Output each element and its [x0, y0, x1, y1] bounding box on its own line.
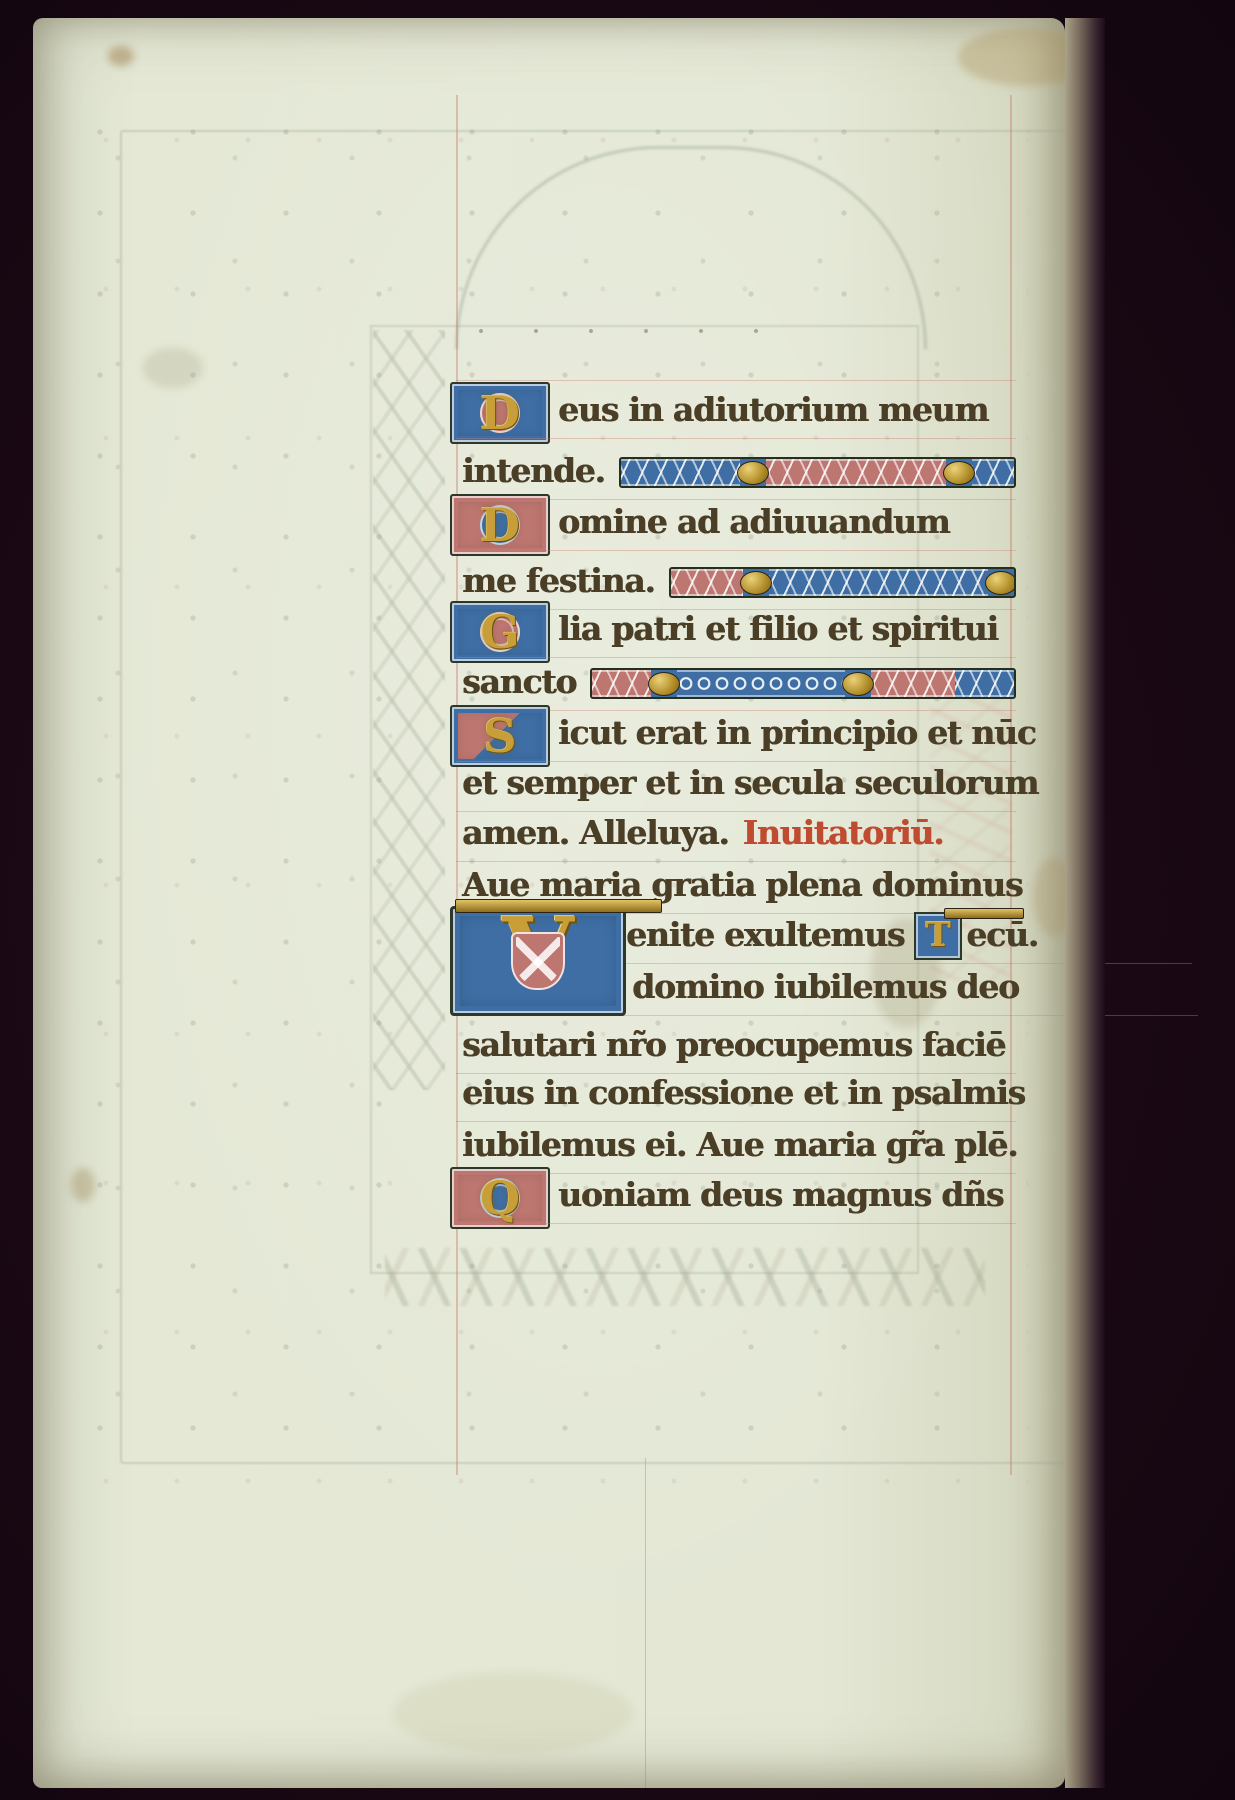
vellum-leaf: V D eus in adiutorium meum intende. D om… [33, 18, 1065, 1788]
text-line: G lia patri et filio et spiritui [450, 606, 1016, 656]
filler-segment [972, 459, 1014, 486]
filler-segment [769, 569, 988, 596]
initial-letter: G [480, 609, 519, 655]
leaf-fore-edge [1065, 18, 1105, 1788]
line-filler [619, 457, 1016, 488]
verse-text: amen. Alleluya. [450, 810, 729, 856]
initial-letter: D [480, 390, 520, 436]
illuminated-initial-v: V [450, 906, 626, 1016]
initial-letter: D [480, 502, 520, 548]
shield-ornament [511, 932, 565, 990]
gold-besant [648, 672, 680, 696]
verse-text: lia patri et filio et spiritui [558, 606, 998, 652]
verse-text: eus in adiutorium meum [558, 387, 988, 433]
text-line: intende. [450, 448, 1016, 498]
text-line: D eus in adiutorium meum [450, 387, 1016, 437]
text-line: salutari nr̃o preocupemus faciē [450, 1022, 1016, 1072]
foxing-stain [393, 1673, 633, 1753]
verse-text: et semper et in secula seculorum [450, 760, 1038, 806]
text-line: Q uoniam deus magnus dñs [450, 1172, 1016, 1222]
verse-text: me festina. [450, 558, 655, 604]
verse-text: domino iubilemus deo [632, 964, 1019, 1010]
filler-segment [621, 459, 741, 486]
filler-segment [677, 670, 845, 697]
gold-besant [740, 571, 772, 595]
pen-marks [473, 323, 803, 339]
line-filler [669, 567, 1016, 598]
filler-segment [955, 670, 1014, 697]
line-filler [590, 668, 1016, 699]
text-block: V D eus in adiutorium meum intende. D om… [450, 380, 1016, 1260]
text-line: amen. Alleluya. Inuitatoriū. [450, 810, 1016, 860]
verse-text: salutari nr̃o preocupemus faciē [450, 1022, 1005, 1068]
illuminated-initial-d: D [450, 382, 550, 444]
filler-segment [671, 569, 744, 596]
text-line: eius in confessione et in psalmis [450, 1070, 1016, 1120]
verse-text: sancto [450, 659, 576, 705]
rubric-text: Inuitatoriū. [743, 810, 944, 856]
filler-segment [592, 670, 651, 697]
verse-text: intende. [450, 448, 605, 494]
verse-text: eius in confessione et in psalmis [450, 1070, 1025, 1116]
illuminated-initial-s: S [450, 705, 550, 767]
verse-text: omine ad adiuuandum [558, 499, 949, 545]
illuminated-initial-q: Q [450, 1167, 550, 1229]
initial-letter: S [483, 713, 516, 759]
illuminated-initial-g: G [450, 601, 550, 663]
foxing-stain [108, 46, 134, 66]
filler-segment [871, 670, 955, 697]
ghost-vine-border [373, 330, 445, 1090]
foxing-stain [71, 1168, 95, 1202]
verse-text: icut erat in principio et nūc [558, 710, 1036, 756]
illuminated-initial-t: T [914, 912, 962, 960]
initial-letter: Q [480, 1175, 520, 1221]
gold-besant [737, 461, 769, 485]
verse-text: enite exultemus [626, 912, 904, 958]
text-line: D omine ad adiuuandum [450, 499, 1016, 549]
illuminated-initial-d: D [450, 494, 550, 556]
gold-besant [943, 461, 975, 485]
ghost-arch [455, 146, 927, 349]
foxing-stain [143, 348, 203, 388]
verse-text: uoniam deus magnus dñs [558, 1172, 1003, 1218]
text-line: sancto [450, 659, 1016, 709]
verse-text: iubilemus ei. Aue maria gr̃a plē. [450, 1122, 1017, 1168]
filler-segment [766, 459, 946, 486]
initial-letter: T [926, 915, 951, 955]
crease-line [645, 1458, 646, 1788]
text-line: S icut erat in principio et nūc [450, 710, 1016, 760]
gold-besant [985, 571, 1016, 595]
text-line: et semper et in secula seculorum [450, 760, 1016, 810]
gold-besant [842, 672, 874, 696]
text-line: iubilemus ei. Aue maria gr̃a plē. [450, 1122, 1016, 1172]
